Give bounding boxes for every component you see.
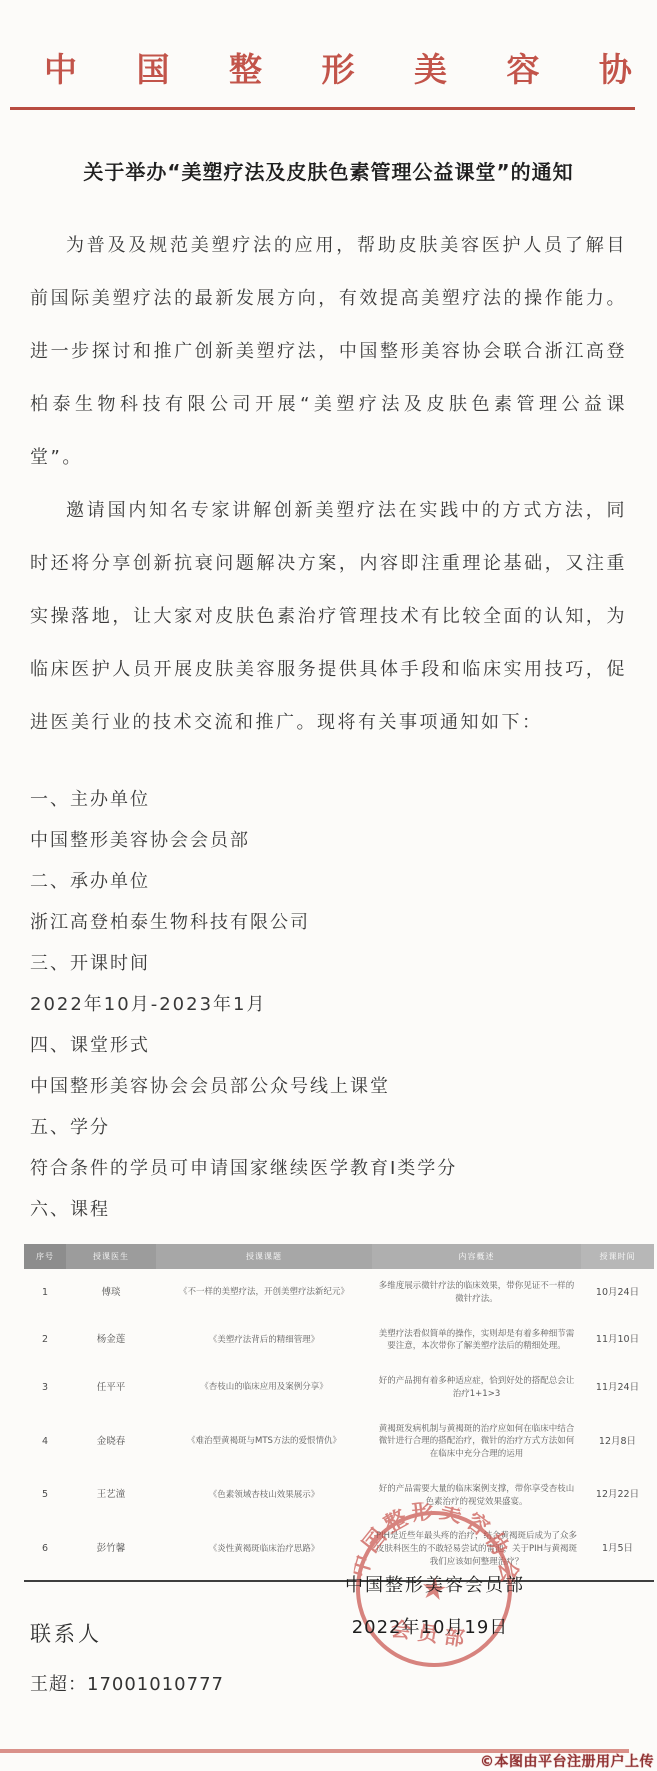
cell-no: 6: [24, 1519, 66, 1580]
cell-doctor: 傅琰: [66, 1269, 156, 1317]
cell-doctor: 彭竹馨: [66, 1519, 156, 1580]
cell-summary: 多维度展示微针疗法的临床效果，带你见证不一样的微针疗法。: [372, 1269, 581, 1317]
letterhead-divider: [10, 107, 635, 110]
column-header-summary: 内容概述: [372, 1244, 581, 1269]
column-header-topic: 授课课题: [156, 1244, 372, 1269]
table-row: 2 杨金莲 《美塑疗法背后的精细管理》 美塑疗法看似简单的操作，实则却是有着多种…: [24, 1317, 654, 1365]
section-content: 2022年10月-2023年1月: [30, 984, 627, 1025]
column-header-date: 授课时间: [581, 1244, 654, 1269]
table-header-row: 序号 授课医生 授课课题 内容概述 授课时间: [24, 1244, 654, 1269]
course-schedule-table: 序号 授课医生 授课课题 内容概述 授课时间 1 傅琰 《不一样的美塑疗法，开创…: [24, 1244, 654, 1582]
cell-doctor: 杨金莲: [66, 1317, 156, 1365]
section-list: 一、主办单位 中国整形美容协会会员部 二、承办单位 浙江高登柏泰生物科技有限公司…: [30, 779, 627, 1230]
cell-doctor: 金晓春: [66, 1412, 156, 1472]
section-heading: 一、主办单位: [30, 779, 627, 820]
cell-date: 10月24日: [581, 1269, 654, 1317]
column-header-doctor: 授课医生: [66, 1244, 156, 1269]
document-title: 关于举办“美塑疗法及皮肤色素管理公益课堂”的通知: [28, 156, 629, 185]
section-content: 浙江高登柏泰生物科技有限公司: [30, 902, 627, 943]
signature-date: 2022年10月19日: [290, 1613, 570, 1639]
section-heading: 四、课堂形式: [30, 1025, 627, 1066]
body-text: 为普及及规范美塑疗法的应用，帮助皮肤美容医护人员了解目前国际美塑疗法的最新发展方…: [30, 219, 627, 749]
notice-document: 中 国 整 形 美 容 协 会 关于举办“美塑疗法及皮肤色素管理公益课堂”的通知…: [0, 0, 657, 1771]
signature-issuer: 中国整形美容会员部: [290, 1571, 580, 1597]
section-heading: 三、开课时间: [30, 943, 627, 984]
contact-name-phone: 王超：17001010777: [30, 1670, 627, 1696]
cell-no: 5: [24, 1472, 66, 1520]
cell-date: 11月24日: [581, 1364, 654, 1412]
cell-summary: 黄褐斑发病机制与黄褐斑的治疗应如何在临床中结合微针进行合理的搭配治疗，微针的治疗…: [372, 1412, 581, 1472]
table-row: 3 任平平 《杏枝山的临床应用及案例分享》 好的产品拥有着多种适应症，恰到好处的…: [24, 1364, 654, 1412]
cell-topic: 《不一样的美塑疗法，开创美塑疗法新纪元》: [156, 1269, 372, 1317]
cell-summary: 好的产品拥有着多种适应症，恰到好处的搭配总会让治疗1+1>3: [372, 1364, 581, 1412]
cell-date: 1月5日: [581, 1519, 654, 1580]
cell-summary: 美塑疗法看似简单的操作，实则却是有着多种细节需要注意，本次带你了解美塑疗法后的精…: [372, 1317, 581, 1365]
letterhead-org-name: 中 国 整 形 美 容 协 会: [20, 44, 637, 91]
cell-doctor: 王艺潼: [66, 1472, 156, 1520]
table-row: 5 王艺潼 《色素领域杏枝山效果展示》 好的产品需要大量的临床案例支撑，带你享受…: [24, 1472, 654, 1520]
table-row: 4 金晓春 《难治型黄褐斑与MTS方法的爱恨情仇》 黄褐斑发病机制与黄褐斑的治疗…: [24, 1412, 654, 1472]
cell-doctor: 任平平: [66, 1364, 156, 1412]
section-heading: 二、承办单位: [30, 861, 627, 902]
platform-upload-watermark: ©本图由平台注册用户上传: [480, 1751, 654, 1771]
cell-no: 3: [24, 1364, 66, 1412]
cell-no: 1: [24, 1269, 66, 1317]
cell-date: 12月8日: [581, 1412, 654, 1472]
cell-topic: 《色素领域杏枝山效果展示》: [156, 1472, 372, 1520]
column-header-no: 序号: [24, 1244, 66, 1269]
cell-topic: 《杏枝山的临床应用及案例分享》: [156, 1364, 372, 1412]
cell-date: 12月22日: [581, 1472, 654, 1520]
section-content: 中国整形美容协会会员部: [30, 820, 627, 861]
paragraph: 邀请国内知名专家讲解创新美塑疗法在实践中的方式方法，同时还将分享创新抗衰问题解决…: [30, 484, 627, 749]
cell-no: 4: [24, 1412, 66, 1472]
table-row: 1 傅琰 《不一样的美塑疗法，开创美塑疗法新纪元》 多维度展示微针疗法的临床效果…: [24, 1269, 654, 1317]
cell-topic: 《美塑疗法背后的精细管理》: [156, 1317, 372, 1365]
section-heading: 五、学分: [30, 1107, 627, 1148]
section-content: 符合条件的学员可申请国家继续医学教育Ⅰ类学分: [30, 1148, 627, 1189]
section-heading: 六、课程: [30, 1189, 627, 1230]
cell-no: 2: [24, 1317, 66, 1365]
cell-topic: 《难治型黄褐斑与MTS方法的爱恨情仇》: [156, 1412, 372, 1472]
section-content: 中国整形美容协会会员部公众号线上课堂: [30, 1066, 627, 1107]
paragraph: 为普及及规范美塑疗法的应用，帮助皮肤美容医护人员了解目前国际美塑疗法的最新发展方…: [30, 219, 627, 484]
cell-date: 11月10日: [581, 1317, 654, 1365]
